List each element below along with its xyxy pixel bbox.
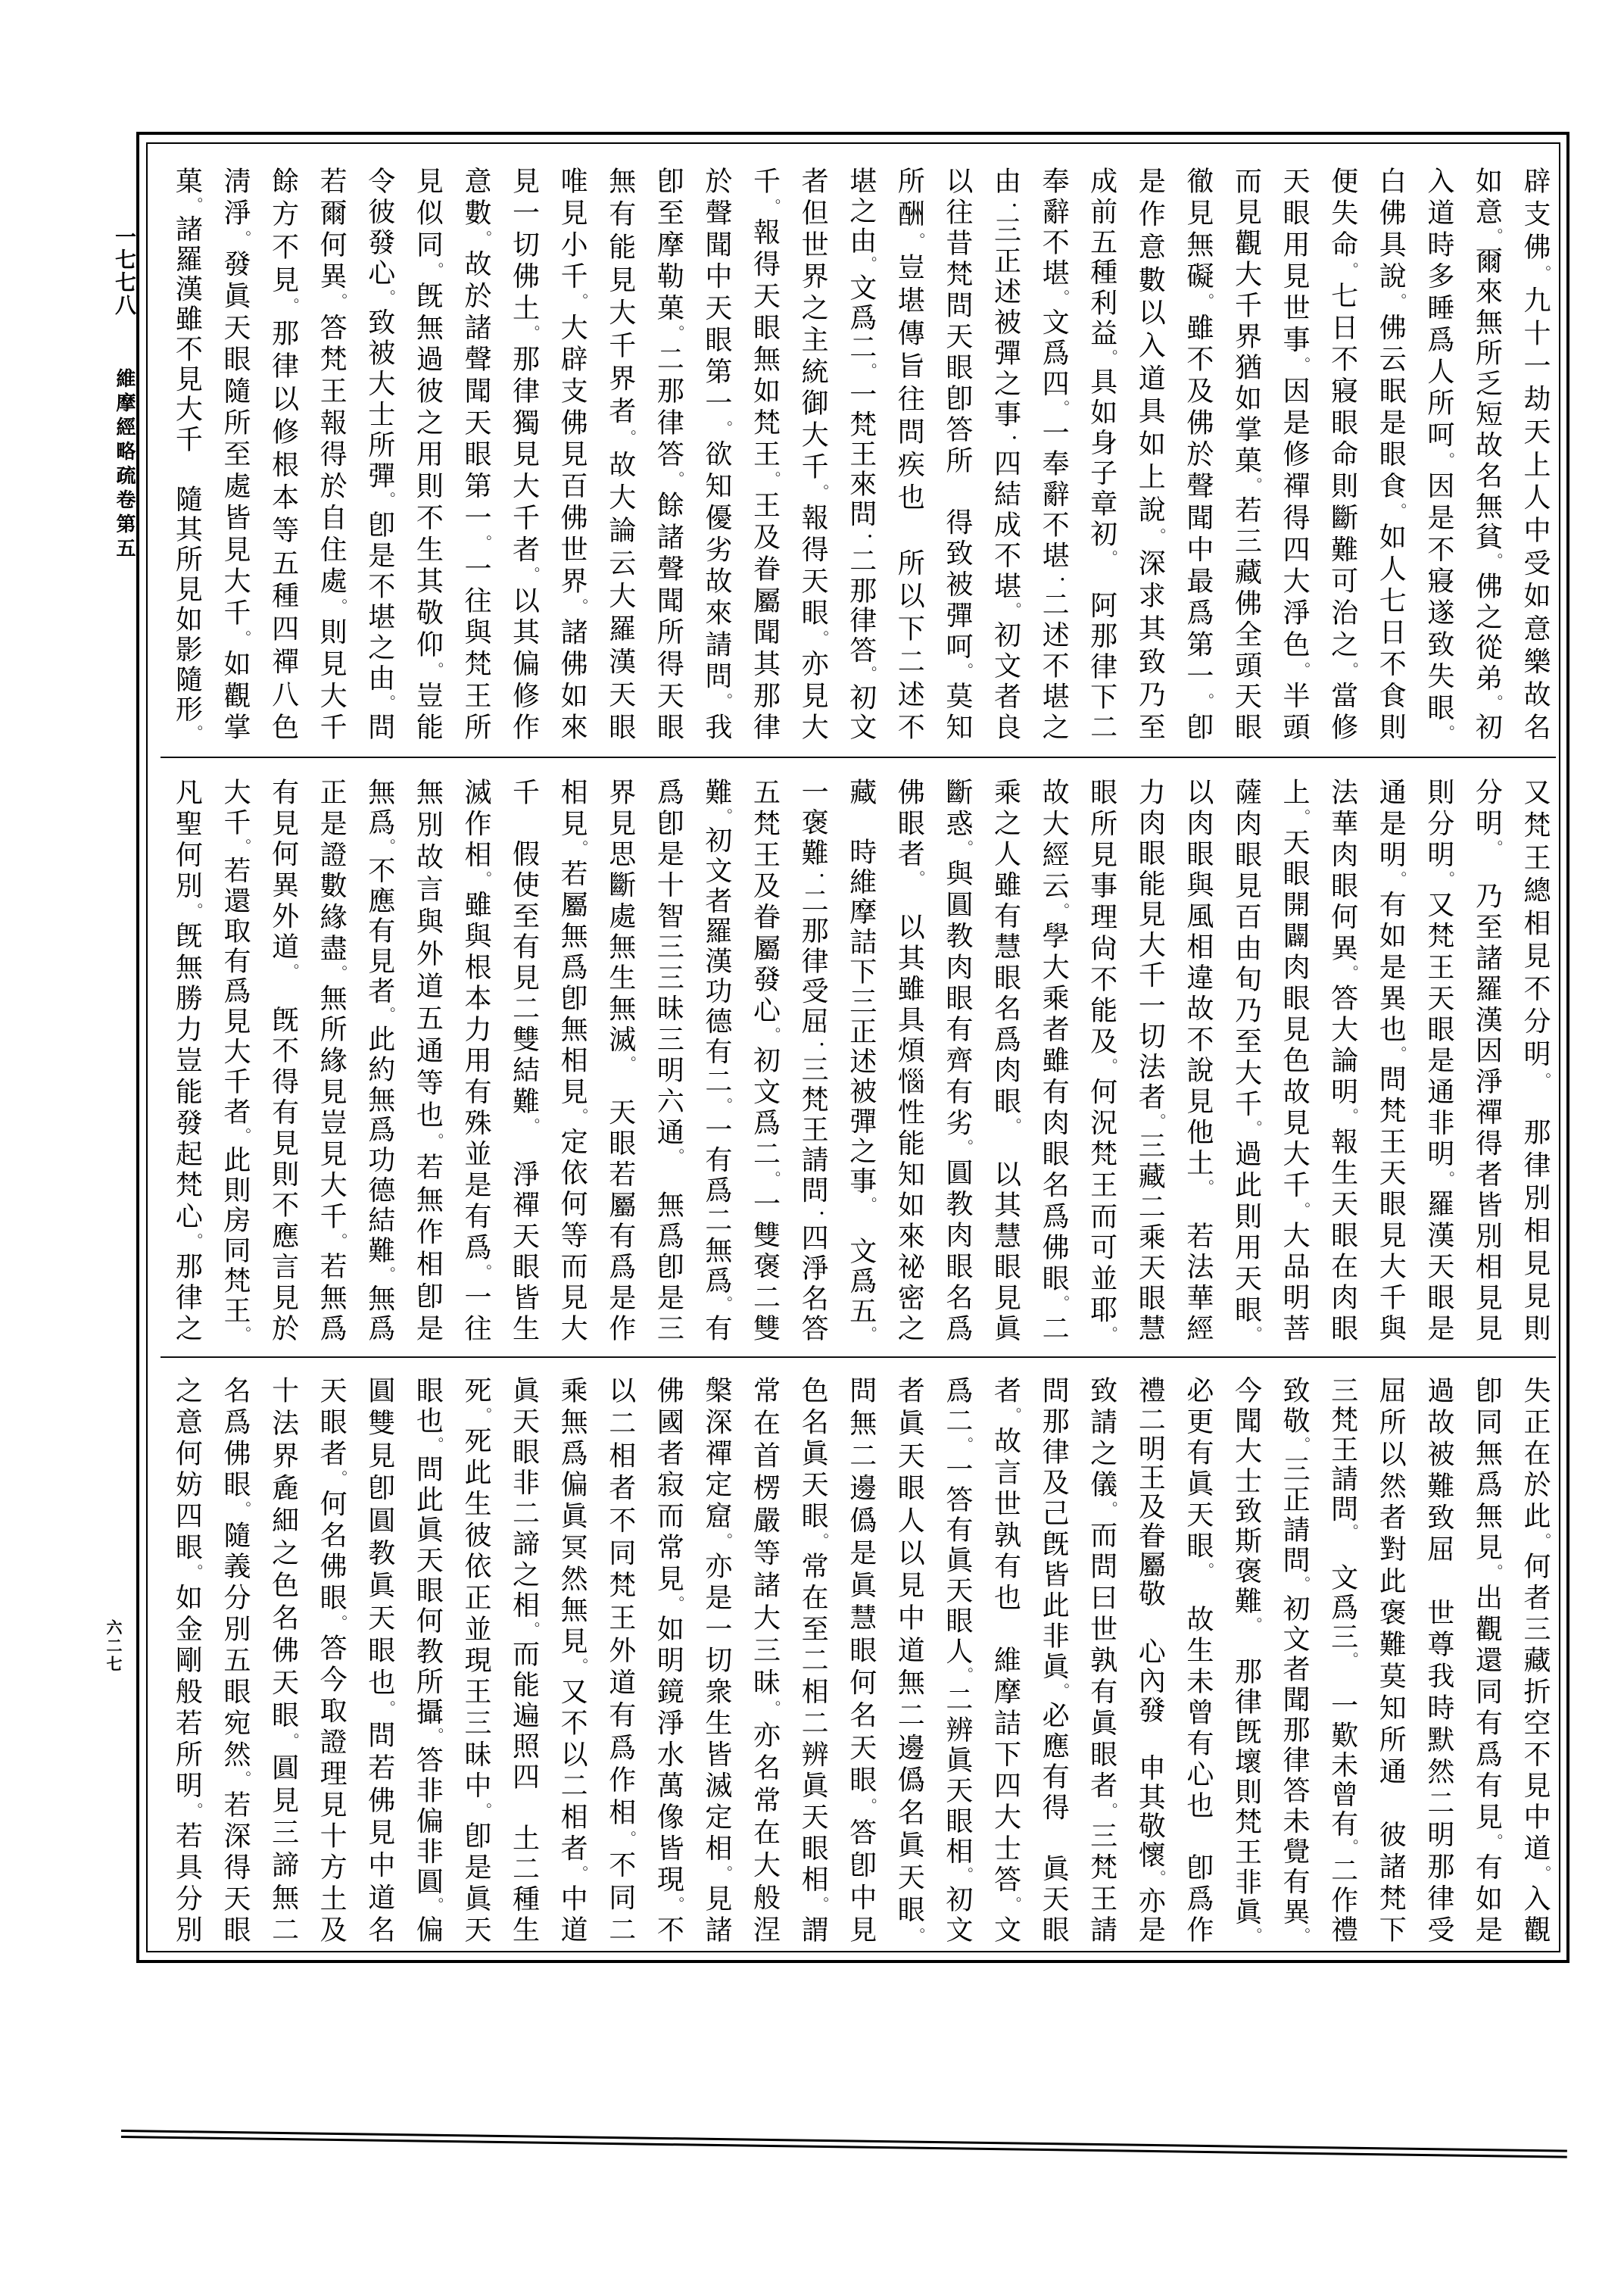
text-column: 常在首楞嚴等諸大三昧。亦名常在大般涅 xyxy=(740,1376,789,1943)
text-column: 於聲聞中天眼第一。欲知優劣故來請問。我 xyxy=(692,167,740,740)
punctuation-mark: 。 xyxy=(812,1533,829,1552)
punctuation-mark: 。 xyxy=(1485,1564,1503,1583)
punctuation-mark: 。 xyxy=(1149,1113,1166,1131)
punctuation-mark: 。 xyxy=(715,808,733,826)
punctuation-mark: 。 xyxy=(1052,1683,1070,1701)
punctuation-mark: 。 xyxy=(956,663,974,682)
punctuation-mark: 。 xyxy=(1438,452,1455,472)
punctuation-mark: 。 xyxy=(1052,289,1070,307)
text-column: 爲二。一答有眞天眼人。二辨眞天眼相。初文 xyxy=(933,1376,981,1943)
text-column: 眼所見事理尙不能及。何況梵王而可並耶。 xyxy=(1077,778,1126,1341)
register-bottom: 失正在於此。何者三藏折空不見中道。入觀 卽同無爲無見。出觀還同有爲有見。有如是 … xyxy=(163,1376,1559,1943)
text-column: 致敬。三正請問。初文者聞那律答未覺有異。 xyxy=(1270,1376,1318,1943)
text-column: 徹見無礙。雖不及佛於聲聞中最爲第一。卽 xyxy=(1174,167,1222,740)
text-column: 禮二明王及眷屬敬 心內發 申其敬懷。亦是 xyxy=(1126,1376,1174,1943)
text-column: 十法界麁細之色名佛天眼。圓見三諦無二 xyxy=(259,1376,307,1943)
text-column: 堪之由。文爲二。一梵王來問・二那律答。初文 xyxy=(837,167,885,740)
punctuation-mark: 。 xyxy=(522,566,540,586)
punctuation-mark: 。 xyxy=(475,1802,492,1821)
punctuation-mark: 。 xyxy=(1342,1108,1359,1127)
punctuation-mark: 。 xyxy=(812,484,829,504)
punctuation-mark: 。 xyxy=(908,870,925,882)
punctuation-mark: 。 xyxy=(956,1867,974,1885)
punctuation-mark: 。 xyxy=(1149,1870,1166,1887)
punctuation-mark: 。 xyxy=(475,535,492,554)
punctuation-mark: 。 xyxy=(185,1564,203,1583)
text-column: 餘方不見。那律以修根本等五種四禪八色 xyxy=(259,167,307,740)
punctuation-mark: 。 xyxy=(1342,1524,1359,1534)
text-column: 乘無爲偏眞冥然無見。又不以二相者。中道 xyxy=(548,1376,597,1943)
punctuation-mark: 。 xyxy=(571,1658,588,1677)
text-column: 奉辭不堪。文爲四。一奉辭不堪・二述不堪之 xyxy=(1029,167,1077,740)
text-column: 者但世界之主統御大千。報得天眼。亦見大 xyxy=(789,167,837,740)
text-column: 必更有眞天眼。 故生未曾有心也 卽爲作 xyxy=(1174,1376,1222,1943)
punctuation-mark: 。 xyxy=(1293,357,1311,376)
punctuation-mark: 。 xyxy=(956,1437,974,1455)
punctuation-mark: 。 xyxy=(475,1264,492,1283)
text-column: 屈所以然者對此褒難莫知所通 彼諸梵下 xyxy=(1367,1376,1415,1943)
punctuation-mark: 。 xyxy=(763,471,781,491)
bottom-double-rule xyxy=(121,2130,1567,2158)
text-column: 千。報得天眼無如梵王。王及眷屬聞其那律 xyxy=(740,167,789,740)
punctuation-mark: ・ xyxy=(812,868,829,886)
text-column: 難。初文者羅漢功德有二。一有爲二無爲。有 xyxy=(692,778,740,1341)
punctuation-mark: 。 xyxy=(185,725,203,740)
text-column: 佛國者寂而常見。如明鏡淨水萬像皆現。不 xyxy=(644,1376,693,1943)
punctuation-mark: 。 xyxy=(667,1148,684,1159)
punctuation-mark: 。 xyxy=(475,230,492,250)
punctuation-mark: 。 xyxy=(234,838,251,857)
punctuation-mark: 。 xyxy=(908,1927,925,1943)
text-column: 令彼發心。致被大士所彈。卽是不堪之由。問 xyxy=(355,167,404,740)
punctuation-mark: 。 xyxy=(571,598,588,618)
text-column: 故大經云。學大乘者雖有肉眼名爲佛眼。二 xyxy=(1029,778,1077,1341)
punctuation-mark: 。 xyxy=(379,1266,396,1284)
punctuation-mark: 。 xyxy=(522,1621,540,1640)
punctuation-mark: 。 xyxy=(185,1233,203,1252)
punctuation-mark: 。 xyxy=(330,598,348,618)
punctuation-mark: 。 xyxy=(1342,1652,1359,1662)
punctuation-mark: 。 xyxy=(860,1197,877,1206)
punctuation-mark: 。 xyxy=(571,1108,588,1127)
punctuation-mark: 。 xyxy=(330,965,348,984)
punctuation-mark: 。 xyxy=(715,420,733,440)
text-column: 界見思斷處無生無滅。 天眼若屬有爲是作 xyxy=(596,778,644,1341)
punctuation-mark: 。 xyxy=(1534,1072,1551,1085)
punctuation-mark: 。 xyxy=(715,1097,733,1116)
punctuation-mark: 。 xyxy=(1389,1046,1407,1065)
punctuation-mark: 。 xyxy=(522,1118,540,1129)
punctuation-mark: 。 xyxy=(1101,1058,1118,1077)
punctuation-mark: 。 xyxy=(234,1501,251,1520)
text-column: 所酬。豈堪傳旨往問疾也 所以下二述不 xyxy=(885,167,934,740)
punctuation-mark: 。 xyxy=(1101,1326,1118,1341)
punctuation-mark: 。 xyxy=(860,256,877,273)
punctuation-mark: ・ xyxy=(812,1037,829,1055)
text-column: 便失命。七日不寢眼命則斷難可治之。當修 xyxy=(1318,167,1367,740)
punctuation-mark: 。 xyxy=(1485,840,1503,851)
text-column: 失正在於此。何者三藏折空不見中道。入觀 xyxy=(1510,1376,1559,1943)
punctuation-mark: 。 xyxy=(1197,693,1214,713)
punctuation-mark: 。 xyxy=(1245,1927,1262,1943)
punctuation-mark: ・ xyxy=(860,529,877,546)
text-column: 菓。諸羅漢雖不見大千 隨其所見如影隨形。 xyxy=(163,167,211,740)
text-column: 若爾何異。答梵王報得於自住處。則見大千 xyxy=(307,167,356,740)
punctuation-mark: 。 xyxy=(1004,1407,1021,1426)
punctuation-mark: 。 xyxy=(1485,1834,1503,1852)
punctuation-mark: 。 xyxy=(860,1798,877,1818)
punctuation-mark: 。 xyxy=(1245,1326,1262,1341)
text-column: 滅作相。雖與根本力用有殊並是有爲。一往 xyxy=(451,778,500,1341)
text-column: 以肉眼與風相違故不說見他土。 若法華經 xyxy=(1174,778,1222,1341)
punctuation-mark: 。 xyxy=(475,871,492,890)
punctuation-mark: 。 xyxy=(571,1865,588,1884)
punctuation-mark: 。 xyxy=(619,1830,637,1851)
punctuation-mark: 。 xyxy=(185,1802,203,1821)
punctuation-mark: 。 xyxy=(812,1896,829,1915)
punctuation-mark: 。 xyxy=(715,693,733,713)
punctuation-mark: 。 xyxy=(1534,1865,1551,1884)
punctuation-mark: 。 xyxy=(234,1771,251,1790)
punctuation-mark: 。 xyxy=(812,630,829,650)
text-column: 則分明。又梵王天眼是通非明。羅漢天眼是 xyxy=(1414,778,1463,1341)
punctuation-mark: 。 xyxy=(1004,1118,1021,1129)
register-divider xyxy=(161,1356,1556,1358)
text-column: 而見觀大千界猶如掌菓。若三藏佛全頭天眼 xyxy=(1222,167,1270,740)
text-column: 一褒難・二那律受屈・三梵王請問・四淨名答 xyxy=(789,778,837,1341)
punctuation-mark: 。 xyxy=(1101,550,1118,560)
punctuation-mark: 。 xyxy=(185,903,203,922)
punctuation-mark: 。 xyxy=(1052,400,1070,418)
text-column: 藏 時維摩詰下三正述被彈之事。 文爲五。 xyxy=(837,778,885,1341)
text-column: 辟支佛。九十一劫天上人中受如意樂故名 xyxy=(1510,167,1559,740)
punctuation-mark: 。 xyxy=(234,630,251,650)
punctuation-mark: 。 xyxy=(1389,503,1407,523)
register-middle: 又梵王總相見不分明。 那律別相見見則 分明。 乃至諸羅漢因淨禪得者皆別相見見 則… xyxy=(163,778,1559,1341)
text-column: 名爲佛眼。隨義分別五眼宛然。若深得天眼 xyxy=(210,1376,259,1943)
punctuation-mark: 。 xyxy=(1485,694,1503,713)
text-column: 爲卽是十智三三昧三明六通。 無爲卽是三 xyxy=(644,778,693,1341)
text-column: 是作意數以入道具如上說。深求其致乃至 xyxy=(1126,167,1174,740)
punctuation-mark: 。 xyxy=(1245,1120,1262,1139)
punctuation-mark: 。 xyxy=(426,1897,444,1915)
punctuation-mark: 。 xyxy=(1293,662,1311,682)
punctuation-mark: 。 xyxy=(763,198,781,218)
punctuation-mark: 。 xyxy=(956,1139,974,1158)
punctuation-mark: ・ xyxy=(1052,572,1070,590)
scanned-page: 一七七八 維摩經略疏卷第五 六二七 辟支佛。九十一劫天上人中受如意樂故名 如意。… xyxy=(0,0,1624,2272)
punctuation-mark: 。 xyxy=(715,1296,733,1314)
text-column: 千 假使至有見二雙結難。 淨禪天眼皆生 xyxy=(500,778,548,1341)
punctuation-mark: ・ xyxy=(1004,198,1021,216)
text-column: 以往昔梵問天眼卽答所 得致被彈呵。莫知 xyxy=(933,167,981,740)
punctuation-mark: 。 xyxy=(571,293,588,313)
text-column: 正是證數緣盡。無所緣見豈見大千。若無爲 xyxy=(307,778,356,1341)
punctuation-mark: 。 xyxy=(667,471,684,491)
punctuation-mark: 。 xyxy=(1101,349,1118,367)
punctuation-mark: 。 xyxy=(667,1896,684,1915)
punctuation-mark: 。 xyxy=(1389,293,1407,313)
punctuation-mark: ・ xyxy=(812,1206,829,1224)
punctuation-mark: 。 xyxy=(860,363,877,380)
punctuation-mark: 。 xyxy=(715,1865,733,1884)
punctuation-mark: 。 xyxy=(1485,228,1503,246)
text-column: 三梵王請問。 文爲三。 一歎未曾有。二作禮 xyxy=(1318,1376,1367,1943)
punctuation-mark: 。 xyxy=(1389,871,1407,890)
text-column: 薩肉眼見百由旬乃至大千。過此則用天眼。 xyxy=(1222,778,1270,1341)
punctuation-mark: 。 xyxy=(860,666,877,683)
punctuation-mark: 。 xyxy=(234,1128,251,1146)
punctuation-mark: 。 xyxy=(860,1326,877,1341)
register-divider xyxy=(161,757,1556,758)
punctuation-mark: 。 xyxy=(1197,293,1214,313)
punctuation-mark: 。 xyxy=(763,1171,781,1190)
text-column: 凡聖何別。旣無勝力豈能發起梵心。那律之 xyxy=(163,778,211,1341)
punctuation-mark: 。 xyxy=(1342,965,1359,984)
text-column: 淸淨。發眞天眼隨所至處皆見大千。如觀掌 xyxy=(210,167,259,740)
text-column: 見一切佛土。那律獨見大千者。以其偏修作 xyxy=(500,167,548,740)
text-column: 天眼者。何名佛眼。答今取證理見十方土及 xyxy=(307,1376,356,1943)
punctuation-mark: 。 xyxy=(1293,1437,1311,1455)
punctuation-mark: 。 xyxy=(426,662,444,682)
punctuation-mark: 。 xyxy=(1149,528,1166,548)
text-column: 分明。 乃至諸羅漢因淨禪得者皆別相見見 xyxy=(1463,778,1511,1341)
punctuation-mark: 。 xyxy=(667,1596,684,1615)
text-column: 圓雙見卽圓教眞天眼也。問若佛見中道名 xyxy=(355,1376,404,1943)
text-column: 眞天眼非二諦之相。而能遍照四 土二種生 xyxy=(500,1376,548,1943)
punctuation-mark: ・ xyxy=(1004,430,1021,448)
text-column: 見似同。旣無過彼之用則不生其敬仰。豈能 xyxy=(404,167,452,740)
punctuation-mark: 。 xyxy=(571,840,588,859)
punctuation-mark: 。 xyxy=(282,298,299,318)
running-title: 維摩經略疏卷第五 xyxy=(112,368,136,562)
punctuation-mark: 。 xyxy=(667,325,684,345)
text-column: 大千。若還取有爲見大千者。此則房同梵王。 xyxy=(210,778,259,1341)
page-number: 一七七八 xyxy=(111,226,137,317)
punctuation-mark: 。 xyxy=(1197,1179,1214,1191)
punctuation-mark: 。 xyxy=(1293,1202,1311,1221)
text-column: 者。故言世孰有也 維摩詰下四大士答。文 xyxy=(981,1376,1030,1943)
punctuation-mark: 。 xyxy=(330,1233,348,1252)
punctuation-mark: 。 xyxy=(522,325,540,345)
text-column: 如意。爾來無所乏短故名無貧。佛之從弟。初 xyxy=(1463,167,1511,740)
punctuation-mark: 。 xyxy=(1342,262,1359,282)
text-column: 五梵王及眷屬發心。初文爲二。一雙褒二雙 xyxy=(740,778,789,1341)
punctuation-mark: 。 xyxy=(956,1667,974,1685)
punctuation-mark: 。 xyxy=(475,1407,492,1426)
punctuation-mark: 。 xyxy=(330,1470,348,1489)
punctuation-mark: 。 xyxy=(330,293,348,313)
text-column: 色名眞天眼。常在至二相二辨眞天眼相。謂 xyxy=(789,1376,837,1943)
text-column: 卽同無爲無見。出觀還同有爲有見。有如是 xyxy=(1463,1376,1511,1943)
punctuation-mark: 。 xyxy=(1438,1171,1455,1190)
punctuation-mark: 。 xyxy=(185,197,203,214)
folio-number: 六二七 xyxy=(104,1619,123,1674)
text-column: 法華肉眼何異。答大論明。報生天眼在肉眼 xyxy=(1318,778,1367,1341)
punctuation-mark: 。 xyxy=(763,1027,781,1046)
text-column: 白佛具說。佛云眠是眼食。如人七日不食則 xyxy=(1367,167,1415,740)
punctuation-mark: 。 xyxy=(379,289,396,307)
punctuation-mark: 。 xyxy=(1245,477,1262,496)
punctuation-mark: 。 xyxy=(715,1533,733,1552)
punctuation-mark: 。 xyxy=(1052,903,1070,922)
text-column: 相見。若屬無爲卽無相見。定依何等而見大 xyxy=(548,778,597,1341)
punctuation-mark: 。 xyxy=(1438,871,1455,890)
text-column: 問無二邊僞是眞慧眼何名天眼。答卽中見 xyxy=(837,1376,885,1943)
text-column: 天眼用見世事。因是修禪得四大淨色。半頭 xyxy=(1270,167,1318,740)
punctuation-mark: 。 xyxy=(1485,553,1503,571)
punctuation-mark: 。 xyxy=(1004,1896,1021,1915)
text-column: 力肉眼能見大千一切法者。三藏二乘天眼慧 xyxy=(1126,778,1174,1341)
punctuation-mark: 。 xyxy=(619,429,637,450)
punctuation-mark: 。 xyxy=(1293,1927,1311,1943)
punctuation-mark: 。 xyxy=(426,1437,444,1455)
punctuation-mark: 。 xyxy=(619,1056,637,1067)
text-column: 以二相者不同梵王外道有爲作相。不同二 xyxy=(596,1376,644,1943)
text-column: 上。天眼開闢肉眼見色故見大千。大品明菩 xyxy=(1270,778,1318,1341)
text-column: 由・三正述被彈之事・四結成不堪。初文者良 xyxy=(981,167,1030,740)
punctuation-mark: 。 xyxy=(1534,1533,1551,1552)
punctuation-mark: 。 xyxy=(1342,662,1359,682)
punctuation-mark: 。 xyxy=(1245,1617,1262,1628)
punctuation-mark: 。 xyxy=(379,694,396,713)
punctuation-mark: 。 xyxy=(234,230,251,250)
punctuation-mark: 。 xyxy=(379,1006,396,1025)
punctuation-mark: 。 xyxy=(1342,1839,1359,1856)
punctuation-mark: 。 xyxy=(330,1615,348,1634)
punctuation-mark: 。 xyxy=(1293,1576,1311,1594)
text-column: 槃深禪定窟。亦是一切衆生皆滅定相。見諸 xyxy=(692,1376,740,1943)
punctuation-mark: 。 xyxy=(282,1733,299,1753)
text-column: 有見何異外道。 旣不得有見則不應言見於 xyxy=(259,778,307,1341)
text-column: 無爲。不應有見者。此約無爲功德結難。無爲 xyxy=(355,778,404,1341)
text-column: 又梵王總相見不分明。 那律別相見見則 xyxy=(1510,778,1559,1341)
text-column: 通是明。有如是異也。問梵王天眼見大千與 xyxy=(1367,778,1415,1341)
punctuation-mark: 。 xyxy=(1101,1802,1118,1821)
punctuation-mark: 。 xyxy=(1197,1562,1214,1574)
punctuation-mark: 。 xyxy=(234,1326,251,1341)
punctuation-mark: 。 xyxy=(426,262,444,282)
register-top: 辟支佛。九十一劫天上人中受如意樂故名 如意。爾來無所乏短故名無貧。佛之從弟。初 … xyxy=(163,167,1559,740)
punctuation-mark: 。 xyxy=(1004,602,1021,620)
text-column: 無別故言與外道五通等也。若無作相卽是 xyxy=(404,778,452,1341)
text-column: 卽至摩勒菓。二那律答。餘諸聲聞所得天眼 xyxy=(644,167,693,740)
punctuation-mark: 。 xyxy=(379,838,396,857)
punctuation-mark: 。 xyxy=(1101,1501,1118,1520)
text-column: 佛眼者。 以其雖具煩惱性能知如來祕密之 xyxy=(885,778,934,1341)
text-column: 今聞大士致斯褒難。 那律旣壞則梵王非眞。 xyxy=(1222,1376,1270,1943)
punctuation-mark: 。 xyxy=(1534,265,1551,286)
punctuation-mark: 。 xyxy=(379,492,396,510)
punctuation-mark: 。 xyxy=(1052,1295,1070,1314)
text-column: 眼也。問此眞天眼何教所攝。答非偏非圓。偏 xyxy=(404,1376,452,1943)
text-column: 者眞天眼人以見中道無二邊僞名眞天眼。 xyxy=(885,1376,934,1943)
text-column: 問那律及己旣皆此非眞。必應有得 眞天眼 xyxy=(1029,1376,1077,1943)
text-column: 成前五種利益。具如身子章初。 阿那律下二 xyxy=(1077,167,1126,740)
punctuation-mark: 。 xyxy=(1293,809,1311,828)
punctuation-mark: 。 xyxy=(763,1700,781,1721)
punctuation-mark: 。 xyxy=(1438,725,1455,740)
punctuation-mark: 。 xyxy=(426,1133,444,1153)
text-column: 唯見小千。大辟支佛見百佛世界。諸佛如來 xyxy=(548,167,597,740)
punctuation-mark: 。 xyxy=(379,1700,396,1721)
text-column: 致請之儀。而問曰世孰有眞眼者。三梵王請 xyxy=(1077,1376,1126,1943)
text-column: 無有能見大千界者。故大論云大羅漢天眼 xyxy=(596,167,644,740)
text-column: 死。死此生彼依正並現王三昧中。卽是眞天 xyxy=(451,1376,500,1943)
punctuation-mark: 。 xyxy=(426,1727,444,1746)
punctuation-mark: 。 xyxy=(908,233,925,253)
text-column: 意數。故於諸聲聞天眼第一。一往與梵王所 xyxy=(451,167,500,740)
text-column: 乘之人雖有慧眼名爲肉眼。 以其慧眼見眞 xyxy=(981,778,1030,1341)
text-column: 斷惑。與圓教肉眼有齊有劣。圓教肉眼名爲 xyxy=(933,778,981,1341)
punctuation-mark: 。 xyxy=(282,963,299,975)
text-column: 入道時多睡爲人所呵。因是不寢遂致失眼。 xyxy=(1414,167,1463,740)
text-column: 過故被難致屈 世尊我時默然二明那律受 xyxy=(1414,1376,1463,1943)
punctuation-mark: 。 xyxy=(956,840,974,859)
text-column: 之意何妨四眼。如金剛般若所明。若具分別 xyxy=(163,1376,211,1943)
